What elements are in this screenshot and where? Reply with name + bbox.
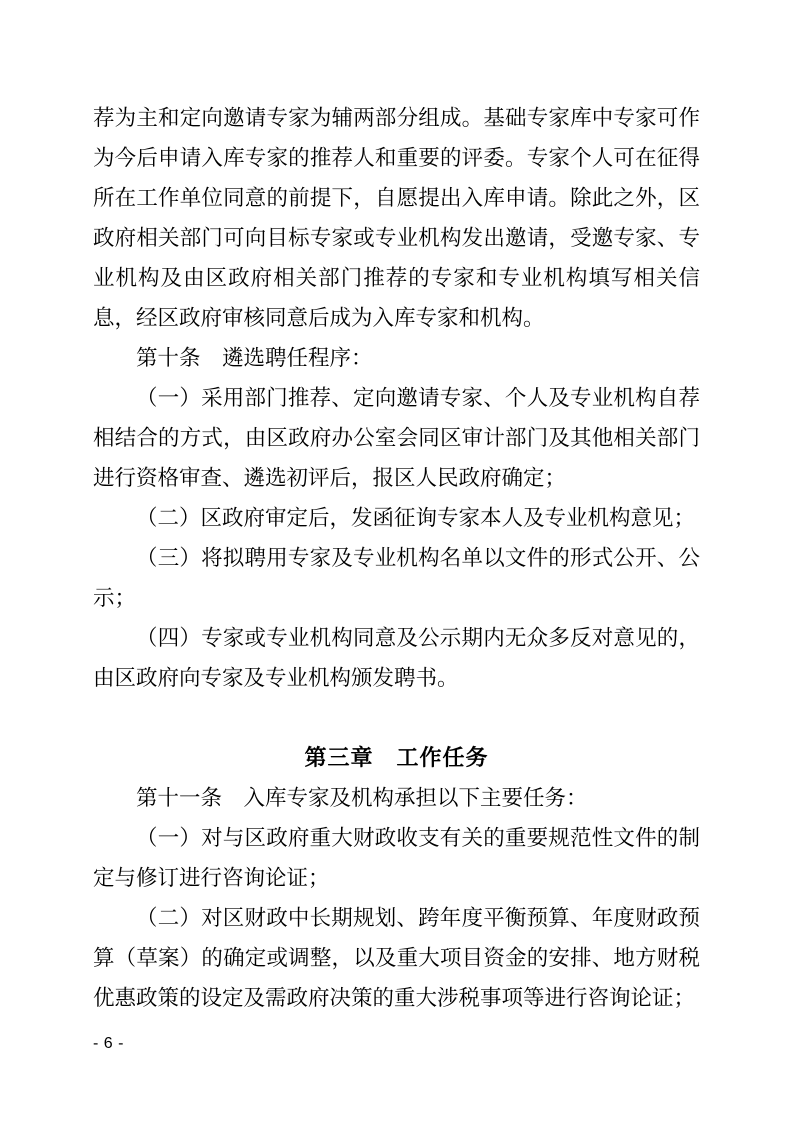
text-line: 为今后申请入库专家的推荐人和重要的评委。专家个人可在征得 xyxy=(93,138,700,178)
text-line: 业机构及由区政府相关部门推荐的专家和专业机构填写相关信 xyxy=(93,258,700,298)
article-10-title-line: 第十条 遴选聘任程序： xyxy=(93,338,700,378)
text-line: 示； xyxy=(93,578,700,618)
text-line: 荐为主和定向邀请专家为辅两部分组成。基础专家库中专家可作 xyxy=(93,98,700,138)
document-page: 荐为主和定向邀请专家为辅两部分组成。基础专家库中专家可作 为今后申请入库专家的推… xyxy=(0,0,793,1121)
text-line: 由区政府向专家及专业机构颁发聘书。 xyxy=(93,658,700,698)
page-number: - 6 - xyxy=(93,1035,124,1053)
text-line: 进行资格审查、遴选初评后，报区人民政府确定； xyxy=(93,458,700,498)
document-body-text: 荐为主和定向邀请专家为辅两部分组成。基础专家库中专家可作 为今后申请入库专家的推… xyxy=(93,98,700,1018)
text-line: （二）对区财政中长期规划、跨年度平衡预算、年度财政预 xyxy=(93,898,700,938)
article-11-title-line: 第十一条 入库专家及机构承担以下主要任务： xyxy=(93,778,700,818)
text-line: 所在工作单位同意的前提下，自愿提出入库申请。除此之外，区 xyxy=(93,178,700,218)
text-line: （四）专家或专业机构同意及公示期内无众多反对意见的， xyxy=(93,618,700,658)
blank-line xyxy=(93,698,700,738)
text-line: 定与修订进行咨询论证； xyxy=(93,858,700,898)
text-line: 息，经区政府审核同意后成为入库专家和机构。 xyxy=(93,298,700,338)
text-line: 算（草案）的确定或调整，以及重大项目资金的安排、地方财税 xyxy=(93,938,700,978)
chapter-heading: 第三章 工作任务 xyxy=(93,738,700,778)
text-line: 相结合的方式，由区政府办公室会同区审计部门及其他相关部门 xyxy=(93,418,700,458)
text-line: （三）将拟聘用专家及专业机构名单以文件的形式公开、公 xyxy=(93,538,700,578)
text-line: 政府相关部门可向目标专家或专业机构发出邀请，受邀专家、专 xyxy=(93,218,700,258)
text-line: （一）采用部门推荐、定向邀请专家、个人及专业机构自荐 xyxy=(93,378,700,418)
text-line: 优惠政策的设定及需政府决策的重大涉税事项等进行咨询论证； xyxy=(93,978,700,1018)
text-line: （一）对与区政府重大财政收支有关的重要规范性文件的制 xyxy=(93,818,700,858)
text-line: （二）区政府审定后，发函征询专家本人及专业机构意见； xyxy=(93,498,700,538)
